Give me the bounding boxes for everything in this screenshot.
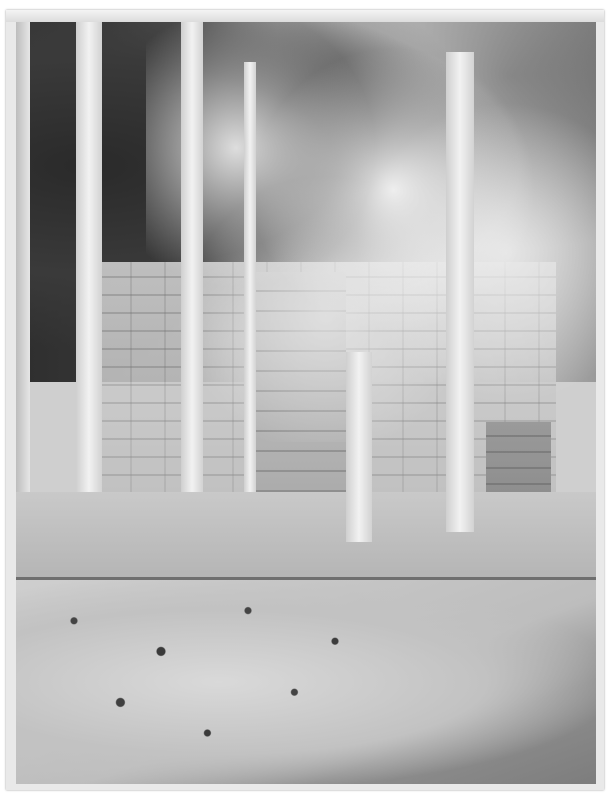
tree-trunk bbox=[181, 22, 203, 552]
flower-bed bbox=[16, 580, 596, 784]
tree-trunk bbox=[346, 352, 372, 542]
tree-trunk bbox=[16, 22, 30, 542]
glass-plate-negative bbox=[6, 10, 604, 790]
tree-trunk bbox=[244, 62, 256, 512]
tree-trunk bbox=[446, 52, 474, 532]
lawn bbox=[16, 492, 596, 582]
plate-top-edge bbox=[6, 10, 604, 22]
tree-trunk bbox=[76, 22, 102, 522]
photo-area bbox=[16, 22, 596, 784]
